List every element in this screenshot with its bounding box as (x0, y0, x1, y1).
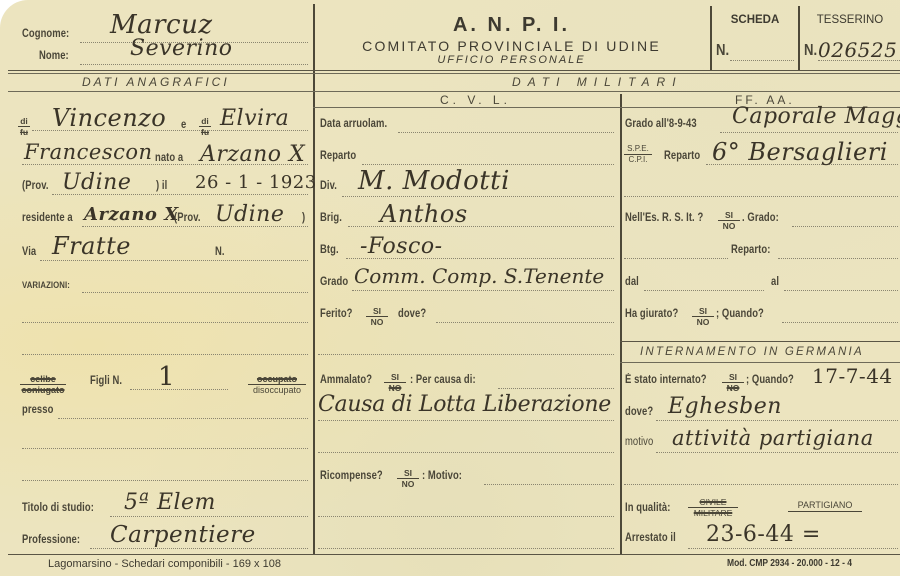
divider-right (620, 94, 622, 554)
di-option: di (18, 116, 30, 127)
org-title: A. N. P. I. (313, 14, 710, 37)
internato-dove-label: dove? (625, 406, 653, 418)
res-prov-value[interactable]: Udine (215, 202, 284, 227)
ferito-dove-label: dove? (398, 308, 426, 320)
internato-si-no[interactable]: SI NO (722, 372, 744, 393)
dal-field[interactable] (644, 290, 764, 291)
civile-militare-selector[interactable]: CIVILE MILITARE (688, 497, 738, 518)
cpl-option: C.P.I. (624, 155, 652, 165)
giurato-label: Ha giurato? (625, 308, 678, 320)
birth-date-value[interactable]: 26 - 1 - 1923 (195, 172, 317, 193)
presso-field-2[interactable] (22, 448, 308, 449)
ammalato-label: Ammalato? (320, 374, 372, 386)
rule-footer-top (8, 554, 900, 555)
cvl-grado-line (352, 290, 614, 291)
nome-value[interactable]: Severino (130, 36, 233, 61)
mother-surname-value[interactable]: Francescon (24, 140, 153, 164)
nato-label: nato a (155, 152, 183, 164)
rsi-reparto-field-pre[interactable] (624, 258, 728, 259)
residence-value[interactable]: Arzano X (84, 204, 179, 225)
occupato-option: occupato (248, 374, 306, 385)
ricompense-motivo-field[interactable] (484, 484, 614, 485)
cvl-reparto-label: Reparto (320, 150, 356, 162)
office-title: UFFICIO PERSONALE (313, 54, 710, 66)
rsi-reparto-label: Reparto: (731, 244, 770, 256)
partigiano-option[interactable]: PARTIGIANO (788, 499, 862, 512)
si-option: SI (384, 372, 406, 383)
brig-label: Brig. (320, 212, 342, 224)
civile-option: CIVILE (688, 497, 738, 508)
figli-value[interactable]: 1 (158, 362, 175, 392)
arrestato-value[interactable]: 23-6-44 = (706, 522, 821, 547)
variazioni-label: VARIAZIONI: (22, 280, 70, 291)
giurato-si-no[interactable]: SI NO (692, 306, 714, 327)
no-option: NO (722, 383, 744, 393)
militare-option: MILITARE (688, 508, 738, 518)
si-option: SI (397, 468, 419, 479)
si-option: SI (722, 372, 744, 383)
via-label: Via (22, 246, 36, 258)
si-option: SI (718, 210, 740, 221)
presso-label: presso (22, 404, 53, 416)
mother-first-value[interactable]: Elvira (220, 106, 289, 131)
marital-status-selector[interactable]: celibe coniugato (20, 374, 66, 395)
il-label: ) il (156, 180, 167, 192)
internato-motivo-value[interactable]: attività partigiana (672, 426, 874, 450)
spe-option: S.P.E. (624, 144, 652, 155)
cvl-grado-value[interactable]: Comm. Comp. S.Tenente (354, 264, 604, 288)
data-arruolam-field[interactable] (398, 132, 614, 133)
ffaa-grado-label: Grado all'8-9-43 (625, 118, 697, 130)
ffaa-reparto-label: Reparto (664, 150, 700, 162)
per-causa-label: : Per causa di: (410, 374, 476, 386)
no-option: NO (397, 479, 419, 489)
causa-value[interactable]: Causa di Lotta Liberazione (318, 392, 611, 417)
rsi-grado-field[interactable] (792, 226, 898, 227)
nome-label: Nome: (39, 50, 69, 62)
cvl-blank-field-4[interactable] (318, 548, 614, 549)
ammalato-si-no[interactable]: SI NO (384, 372, 406, 393)
arrestato-label: Arrestato il (625, 532, 676, 544)
ricompense-label: Ricompense? (320, 470, 383, 482)
no-option: NO (718, 221, 740, 231)
committee-title: COMITATO PROVINCIALE DI UDINE (313, 38, 710, 54)
professione-value[interactable]: Carpentiere (110, 522, 256, 548)
no-option: NO (692, 317, 714, 327)
internamento-title: INTERNAMENTO IN GERMANIA (640, 346, 864, 358)
cvl-grado-label: Grado (320, 276, 348, 288)
di-fu-selector[interactable]: di fu (18, 116, 30, 137)
al-label: al (771, 276, 779, 288)
employment-selector[interactable]: occupato disoccupato (248, 374, 306, 395)
btg-value[interactable]: -Fosco- (360, 234, 443, 259)
cognome-label: Cognome: (22, 28, 69, 40)
celibe-option: celibe (20, 374, 66, 385)
variazioni-field-1[interactable] (82, 292, 308, 293)
internato-dove-value[interactable]: Eghesben (668, 394, 782, 419)
e-label: e (181, 119, 186, 131)
professione-line (90, 548, 308, 549)
causa-line (318, 420, 614, 421)
ffaa-blank-field-1[interactable] (624, 196, 898, 197)
ricompense-si-no[interactable]: SI NO (397, 468, 419, 489)
blank-field-1[interactable] (22, 480, 308, 481)
si-option: SI (692, 306, 714, 317)
disoccupato-option: disoccupato (248, 385, 306, 395)
birthplace-value[interactable]: Arzano X (200, 142, 305, 167)
figli-line (130, 389, 228, 390)
arrestato-line (688, 548, 898, 549)
rsi-grado-label: . Grado: (742, 212, 779, 224)
internato-quando-label: ; Quando? (746, 374, 794, 386)
qualita-label: In qualità: (625, 502, 670, 514)
ferito-si-no[interactable]: SI NO (366, 306, 388, 327)
si-option: SI (366, 306, 388, 317)
nome-line (80, 64, 308, 65)
internato-motivo-line (656, 452, 898, 453)
rsi-label: Nell'Es. R. S. It. ? (625, 212, 703, 224)
fu-option: fu (18, 127, 30, 137)
rule-header-bottom (8, 70, 900, 71)
div-line (342, 196, 614, 197)
rule-header-bottom-2 (8, 73, 900, 74)
rule-intern-top (620, 341, 900, 342)
via-value[interactable]: Fratte (52, 232, 131, 260)
footer-right: Mod. CMP 2934 - 20.000 - 12 - 4 (727, 558, 852, 569)
motivo-label: : Motivo: (422, 470, 462, 482)
giurato-quando-label: ; Quando? (716, 308, 764, 320)
di-fu-selector-2[interactable]: di fu (199, 116, 211, 137)
al-field[interactable] (784, 290, 898, 291)
ffaa-grado-value[interactable]: Caporale Magg. (732, 104, 900, 129)
scheda-n-label: N. (716, 42, 729, 60)
internato-motivo-label: motivo (625, 436, 653, 448)
res-prov-label: (Prov. (174, 212, 201, 224)
ffaa-reparto-value[interactable]: 6° Bersaglieri (712, 138, 888, 166)
intern-blank-field[interactable] (624, 484, 898, 485)
cvl-blank-field-2[interactable] (318, 452, 614, 453)
scheda-number-field[interactable] (730, 60, 794, 61)
rule-section-bottom (8, 91, 900, 92)
divider-left (313, 4, 315, 554)
internato-dove-line (656, 420, 898, 421)
tesserino-n-label: N. (804, 42, 817, 60)
fu-option-2: fu (199, 127, 211, 137)
dati-militari-title: DATI MILITARI (512, 75, 683, 89)
cvl-blank-field-3[interactable] (318, 516, 614, 517)
data-arruolam-label: Data arruolam. (320, 118, 387, 130)
titolo-value[interactable]: 5ª Elem (124, 490, 216, 515)
btg-label: Btg. (320, 244, 339, 256)
dal-label: dal (625, 276, 639, 288)
variazioni-field-2[interactable] (22, 322, 308, 323)
res-prov-close: ) (302, 212, 305, 224)
div-label: Div. (320, 180, 337, 192)
spe-cpl-selector[interactable]: S.P.E. C.P.I. (624, 144, 652, 165)
residente-label: residente a (22, 212, 73, 224)
birth-prov-value[interactable]: Udine (62, 170, 131, 195)
brig-value[interactable]: Anthos (380, 200, 468, 228)
figli-label: Figli N. (90, 375, 122, 387)
tesserino-value[interactable]: 026525 (818, 38, 897, 62)
via-line (40, 260, 308, 261)
dati-anagrafici-title: DATI ANAGRAFICI (82, 75, 230, 89)
di-option-2: di (199, 116, 211, 127)
internato-quando-value[interactable]: 17-7-44 (812, 364, 893, 388)
ferito-dove-field[interactable] (436, 322, 614, 323)
internato-label: È stato internato? (625, 374, 707, 386)
professione-label: Professione: (22, 534, 80, 546)
titolo-label: Titolo di studio: (22, 502, 94, 514)
variazioni-field-3[interactable] (22, 354, 308, 355)
titolo-line (110, 516, 308, 517)
scheda-label: SCHEDA (712, 14, 798, 26)
coniugato-option: coniugato (20, 385, 66, 395)
cvl-title: C. V. L. (440, 93, 511, 107)
birth-prov-label: (Prov. (22, 180, 49, 192)
div-value[interactable]: M. Modotti (358, 166, 510, 196)
ffaa-grado-line (720, 132, 898, 133)
anpi-personnel-card: Cognome: Marcuz Nome: Severino A. N. P. … (0, 0, 900, 576)
cvl-blank-field-1[interactable] (318, 354, 614, 355)
giurato-quando-field[interactable] (782, 322, 898, 323)
tesserino-label: TESSERINO (800, 14, 900, 26)
no-option: NO (366, 317, 388, 327)
footer-left: Lagomarsino - Schedari componibili - 169… (48, 558, 281, 570)
father-value[interactable]: Vincenzo (52, 104, 166, 132)
rule-intern-title-bottom (620, 362, 900, 363)
ferito-label: Ferito? (320, 308, 353, 320)
rsi-reparto-field[interactable] (778, 258, 898, 259)
rsi-si-no[interactable]: SI NO (718, 210, 740, 231)
house-number-label: N. (215, 246, 225, 258)
cvl-reparto-field[interactable] (362, 164, 614, 165)
per-causa-line (498, 388, 614, 389)
presso-field[interactable] (58, 418, 308, 419)
